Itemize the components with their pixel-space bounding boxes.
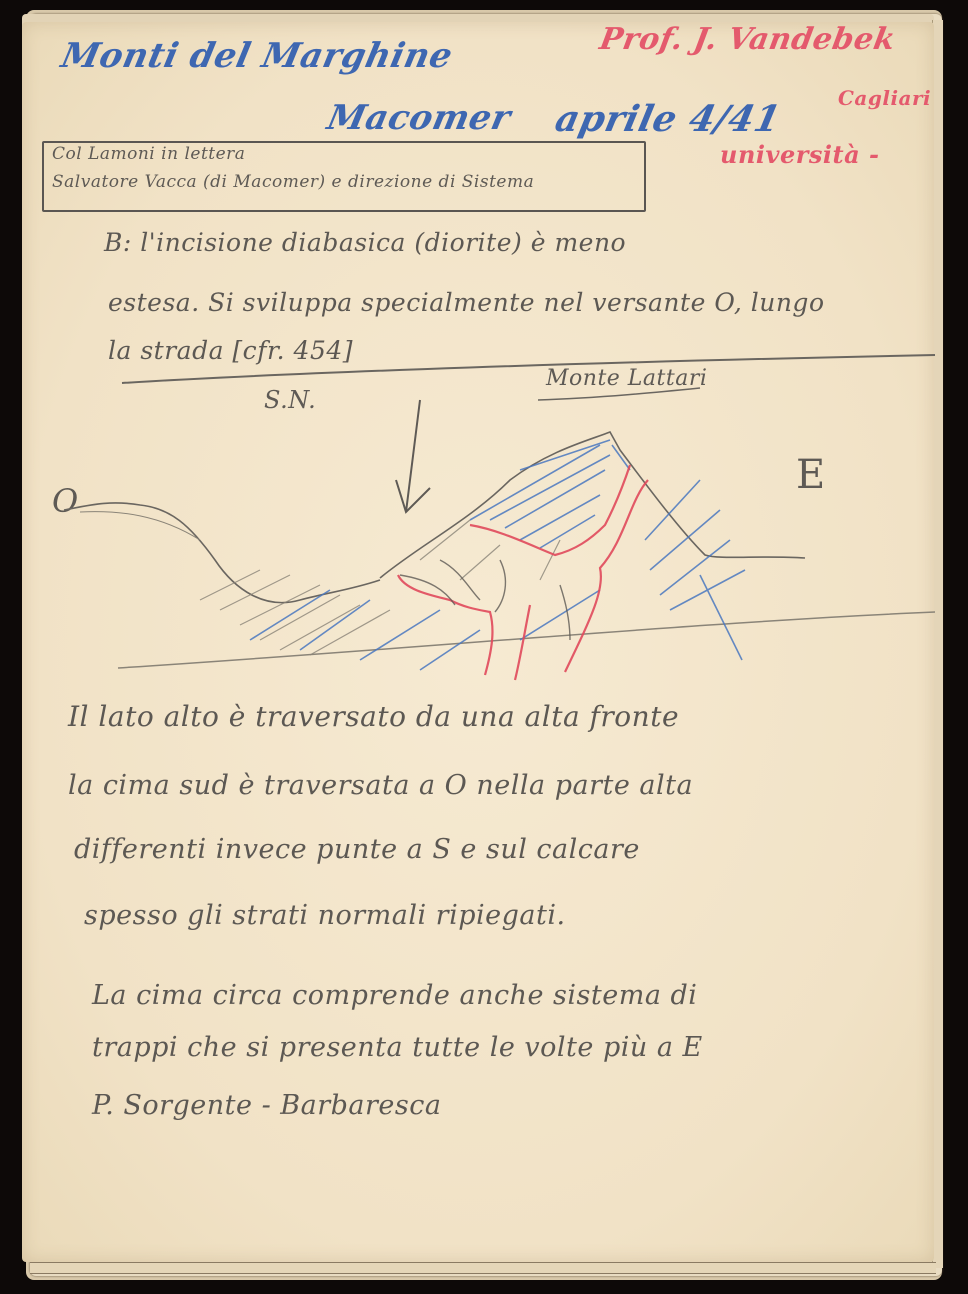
pencil-hatching bbox=[200, 520, 560, 655]
arrow-shaft bbox=[406, 400, 420, 512]
peak-label-underline bbox=[538, 388, 700, 400]
note-bottom-line-4: spesso gli strati normali ripiegati. bbox=[84, 900, 566, 931]
mountain-outline bbox=[380, 432, 805, 578]
note-bottom-line-6: trappi che si presenta tutte le volte pi… bbox=[92, 1032, 703, 1063]
blue-hatching bbox=[250, 440, 745, 670]
note-bottom-line-1: Il lato alto è traversato da una alta fr… bbox=[68, 700, 679, 733]
note-bottom-line-5: La cima circa comprende anche sistema di bbox=[92, 980, 697, 1011]
note-bottom-line-3: differenti invece punte a S e sul calcar… bbox=[74, 834, 640, 865]
arrow-head bbox=[396, 480, 430, 512]
west-ridge bbox=[64, 503, 380, 603]
rule-line-top bbox=[122, 355, 935, 383]
note-bottom-line-2: la cima sud è traversata a O nella parte… bbox=[68, 770, 693, 801]
red-contact-lines bbox=[398, 465, 648, 680]
note-bottom-line-7: P. Sorgente - Barbaresca bbox=[92, 1090, 441, 1121]
